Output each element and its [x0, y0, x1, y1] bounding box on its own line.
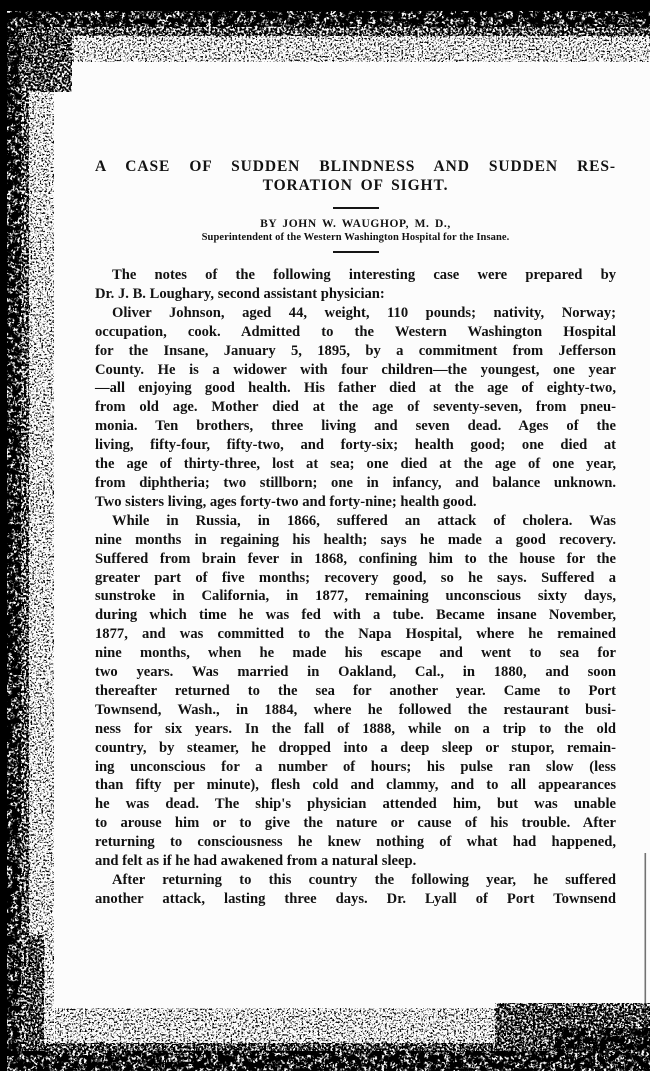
article-title-line1: A CASE OF SUDDEN BLINDNESS AND SUDDEN RE…: [95, 157, 616, 176]
text-column: A CASE OF SUDDEN BLINDNESS AND SUDDEN RE…: [95, 0, 616, 909]
text-line: than fifty per minute), flesh cold and c…: [95, 776, 616, 795]
author-affiliation: Superintendent of the Western Washington…: [95, 232, 616, 244]
text-line: to arouse him or to give the nature or c…: [95, 814, 616, 833]
text-line: returning to consciousness he knew nothi…: [95, 833, 616, 852]
text-line: country, by steamer, he dropped into a d…: [95, 739, 616, 758]
text-line: After returning to this country the foll…: [95, 871, 616, 890]
text-line: and felt as if he had awakened from a na…: [95, 852, 616, 871]
paragraph: Oliver Johnson, aged 44, weight, 110 pou…: [95, 304, 616, 512]
paragraph: The notes of the following interesting c…: [95, 266, 616, 304]
text-line: nine months in regaining his health; say…: [95, 531, 616, 550]
text-line: Townsend, Wash., in 1884, where he follo…: [95, 701, 616, 720]
text-line: —all enjoying good health. His father di…: [95, 379, 616, 398]
text-line: another attack, lasting three days. Dr. …: [95, 890, 616, 909]
text-line: from diphtheria; two stillborn; one in i…: [95, 474, 616, 493]
text-line: thereafter returned to the sea for anoth…: [95, 682, 616, 701]
text-line: for the Insane, January 5, 1895, by a co…: [95, 342, 616, 361]
text-line: during which time he was fed with a tube…: [95, 606, 616, 625]
text-line: nine months, when he made his escape and…: [95, 644, 616, 663]
text-line: Two sisters living, ages forty-two and f…: [95, 493, 616, 512]
text-line: the age of thirty-three, lost at sea; on…: [95, 455, 616, 474]
text-line: 1877, and was committed to the Napa Hosp…: [95, 625, 616, 644]
text-line: occupation, cook. Admitted to the Wester…: [95, 323, 616, 342]
article-title: A CASE OF SUDDEN BLINDNESS AND SUDDEN RE…: [95, 157, 616, 195]
separator-rule-bottom: [333, 251, 379, 253]
text-line: sunstroke in California, in 1877, remain…: [95, 587, 616, 606]
text-line: monia. Ten brothers, three living and se…: [95, 417, 616, 436]
author-byline: BY JOHN W. WAUGHOP, M. D.,: [95, 218, 616, 231]
text-line: Dr. J. B. Loughary, second assistant phy…: [95, 285, 616, 304]
text-line: The notes of the following interesting c…: [95, 266, 616, 285]
paragraph: While in Russia, in 1866, suffered an at…: [95, 512, 616, 871]
text-line: Oliver Johnson, aged 44, weight, 110 pou…: [95, 304, 616, 323]
text-line: two years. Was married in Oakland, Cal.,…: [95, 663, 616, 682]
text-line: ing unconscious for a number of hours; h…: [95, 758, 616, 777]
text-line: he was dead. The ship's physician attend…: [95, 795, 616, 814]
text-line: greater part of five months; recovery go…: [95, 569, 616, 588]
text-line: living, fifty-four, fifty-two, and forty…: [95, 436, 616, 455]
text-line: Suffered from brain fever in 1868, confi…: [95, 550, 616, 569]
text-line: While in Russia, in 1866, suffered an at…: [95, 512, 616, 531]
scanned-page: A CASE OF SUDDEN BLINDNESS AND SUDDEN RE…: [0, 0, 650, 1071]
text-line: ness for six years. In the fall of 1888,…: [95, 720, 616, 739]
article-title-line2: TORATION OF SIGHT.: [95, 176, 616, 195]
separator-rule-top: [333, 207, 379, 209]
paragraph: After returning to this country the foll…: [95, 871, 616, 909]
text-line: County. He is a widower with four childr…: [95, 361, 616, 380]
article-body: The notes of the following interesting c…: [95, 266, 616, 909]
text-line: from old age. Mother died at the age of …: [95, 398, 616, 417]
